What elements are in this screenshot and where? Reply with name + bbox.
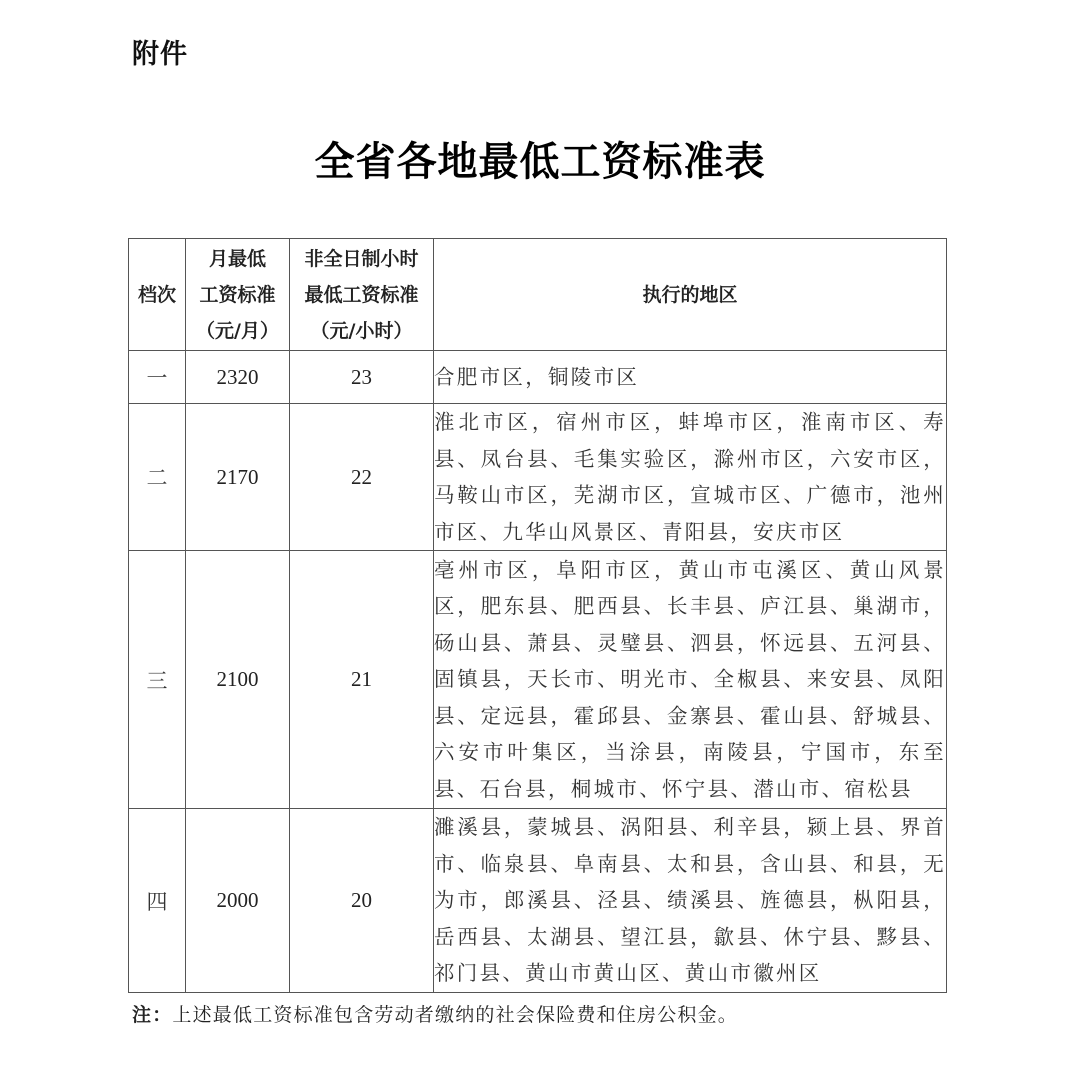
hourly-wage-cell: 20 — [290, 809, 434, 993]
col-header-areas: 执行的地区 — [434, 239, 947, 351]
tier-cell: 二 — [129, 404, 186, 551]
areas-cell: 亳州市区，阜阳市区，黄山市屯溪区、黄山风景区，肥东县、肥西县、长丰县、庐江县、巢… — [434, 551, 947, 809]
monthly-wage-cell: 2100 — [186, 551, 290, 809]
col-header-tier: 档次 — [129, 239, 186, 351]
footnote-text: 上述最低工资标准包含劳动者缴纳的社会保险费和住房公积金。 — [172, 1004, 738, 1026]
page-title: 全省各地最低工资标准表 — [0, 130, 1080, 187]
tier-cell: 一 — [129, 351, 186, 404]
table-row: 四 2000 20 濉溪县，蒙城县、涡阳县、利辛县，颍上县、界首市、临泉县、阜南… — [129, 809, 947, 993]
col-header-hourly: 非全日制小时 最低工资标准 （元/小时） — [290, 239, 434, 351]
table-row: 二 2170 22 淮北市区，宿州市区，蚌埠市区，淮南市区、寿县、凤台县、毛集实… — [129, 404, 947, 551]
table-header-row: 档次 月最低 工资标准 （元/月） 非全日制小时 最低工资标准 （元/小时） 执… — [129, 239, 947, 351]
tier-cell: 四 — [129, 809, 186, 993]
hourly-wage-cell: 22 — [290, 404, 434, 551]
col-header-monthly: 月最低 工资标准 （元/月） — [186, 239, 290, 351]
tier-cell: 三 — [129, 551, 186, 809]
table-row: 三 2100 21 亳州市区，阜阳市区，黄山市屯溪区、黄山风景区，肥东县、肥西县… — [129, 551, 947, 809]
footnote-label: 注： — [132, 1004, 172, 1026]
areas-cell: 濉溪县，蒙城县、涡阳县、利辛县，颍上县、界首市、临泉县、阜南县、太和县，含山县、… — [434, 809, 947, 993]
hourly-wage-cell: 21 — [290, 551, 434, 809]
monthly-wage-cell: 2320 — [186, 351, 290, 404]
table-row: 一 2320 23 合肥市区，铜陵市区 — [129, 351, 947, 404]
monthly-wage-cell: 2170 — [186, 404, 290, 551]
hourly-wage-cell: 23 — [290, 351, 434, 404]
footnote: 注：上述最低工资标准包含劳动者缴纳的社会保险费和住房公积金。 — [132, 1000, 738, 1027]
monthly-wage-cell: 2000 — [186, 809, 290, 993]
minimum-wage-table: 档次 月最低 工资标准 （元/月） 非全日制小时 最低工资标准 （元/小时） 执… — [128, 238, 947, 993]
attachment-label: 附件 — [132, 32, 188, 71]
areas-cell: 淮北市区，宿州市区，蚌埠市区，淮南市区、寿县、凤台县、毛集实验区，滁州市区，六安… — [434, 404, 947, 551]
areas-cell: 合肥市区，铜陵市区 — [434, 351, 947, 404]
